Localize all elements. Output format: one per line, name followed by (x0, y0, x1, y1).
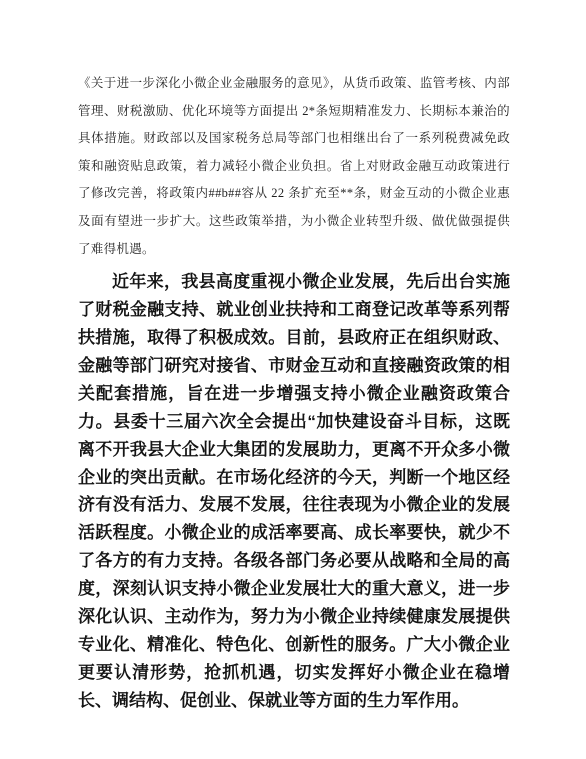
paragraph-policy-overview: 《关于进一步深化小微企业金融服务的意见》，从货币政策、监管考核、内部管理、财税激… (78, 70, 510, 263)
paragraph-county-support: 近年来，我县高度重视小微企业发展，先后出台实施了财税金融支持、就业创业扶持和工商… (78, 268, 510, 715)
document-content: 《关于进一步深化小微企业金融服务的意见》，从货币政策、监管考核、内部管理、财税激… (78, 70, 510, 715)
document-page: 《关于进一步深化小微企业金融服务的意见》，从货币政策、监管考核、内部管理、财税激… (0, 0, 586, 759)
